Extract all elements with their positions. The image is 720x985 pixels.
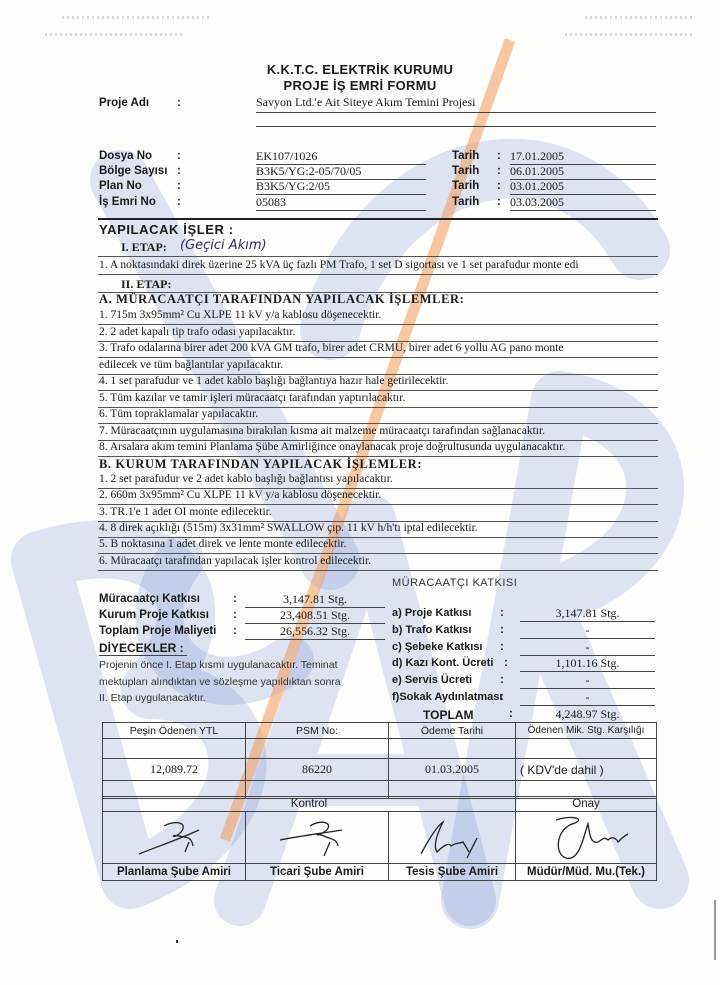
cost-value: 26,556.32 Stg. [245, 624, 385, 640]
ref-date: 06.01.2005 [510, 164, 656, 180]
work-order-form: K.K.T.C. ELEKTRİK KURUMU PROJE İŞ EMRİ F… [0, 0, 720, 985]
colon: : [500, 691, 504, 703]
ref-date: 17.01.2005 [510, 149, 656, 165]
payment-header: Ödeme Tarihi [389, 723, 516, 739]
stage1-handwritten-note: (Geçici Akım) [180, 238, 267, 253]
role-label: Planlama Şube Amiri [103, 864, 246, 881]
ref-label: Plan No [99, 180, 142, 192]
contribution-label: f)Sokak Aydınlatması [392, 691, 502, 703]
task-item: 3. TR.1'e 1 adet OI monte edilecektir. [99, 506, 272, 518]
scan-noise [62, 16, 212, 19]
task-item: 2. 660m 3x95mm² Cu XLPE 11 kV y/a kablos… [99, 489, 381, 501]
payment-date: 01.03.2005 [389, 759, 516, 781]
section-a-title: A. MÜRACAATÇI TARAFINDAN YAPILACAK İŞLEM… [99, 292, 464, 307]
note-line: II. Etap uygulanacaktır. [99, 692, 206, 704]
ref-value: 05083 [256, 195, 426, 211]
task-item: 4. 8 direk açıklığı (515m) 3x31mm² SWALL… [99, 522, 478, 534]
payment-header-row: Peşin Ödenen YTL PSM No: Ödeme Tarihi Öd… [103, 723, 657, 739]
colon: : [500, 624, 504, 636]
ref-value: EK107/1026 [256, 149, 426, 165]
contribution-value: - [520, 623, 655, 639]
task-item: 6. Müracaatçı tarafından yapılacak işler… [99, 555, 371, 567]
cost-value: 3,147.81 Stg. [245, 592, 385, 608]
task-item: 1. 715m 3x95mm² Cu XLPE 11 kV y/a kablos… [99, 309, 381, 321]
contribution-label: b) Trafo Katkısı [392, 624, 471, 636]
scan-noise [45, 33, 185, 36]
role-label: Müdür/Müd. Mu.(Tek.) [516, 864, 657, 881]
stage1-label: I. ETAP: [121, 240, 167, 255]
task-item: 2. 2 adet kapalı tip trafo odası yapılac… [99, 326, 295, 338]
colon: : [233, 609, 237, 621]
approvals-table: Kontrol Onay Planlama Şube Amiri Ticari … [102, 796, 657, 881]
project-name-label: Proje Adı [99, 97, 149, 109]
org-title: K.K.T.C. ELEKTRİK KURUMU [0, 62, 720, 77]
task-item: 3. Trafo odalarına birer adet 200 kVA GM… [99, 342, 564, 354]
signature-planning [103, 812, 246, 864]
works-heading: YAPILACAK İŞLER : [99, 222, 234, 237]
stage2-label: II. ETAP: [121, 277, 171, 292]
psm-no: 86220 [246, 759, 389, 781]
section-b-title: B. KURUM TARAFINDAN YAPILACAK İŞLEMLER: [99, 457, 422, 472]
payment-header: Ödenen Mik. Stg. Karşılığı [516, 723, 657, 739]
ref-value: B3K5/YG:2-05/70/05 [256, 164, 426, 180]
divider [98, 218, 658, 220]
colon: : [497, 150, 501, 162]
contribution-label: a) Proje Katkısı [392, 607, 471, 619]
ref-value: B3K5/YG:2/05 [256, 179, 426, 195]
cost-value: 23,408.51 Stg. [245, 608, 385, 624]
colon: : [504, 657, 508, 669]
colon: : [497, 180, 501, 192]
role-label: Ticari Şube Amiri [246, 864, 389, 881]
scan-noise [565, 33, 695, 36]
contribution-title: MÜRACAATÇI KATKISI [392, 577, 517, 589]
signature-icon [272, 816, 362, 860]
signature-icon [407, 816, 497, 860]
task-item: 4. 1 set parafudur ve 1 adet kablo başlı… [99, 375, 448, 387]
payment-row: 12,089.72 86220 01.03.2005 ( KDV'de dahi… [103, 759, 657, 781]
colon: : [497, 196, 501, 208]
cost-label: Kurum Proje Katkısı [99, 609, 209, 621]
divider [98, 570, 658, 571]
contribution-value: 1,101.16 Stg. [520, 656, 655, 672]
signature-facility [389, 812, 516, 864]
contribution-value: - [520, 673, 655, 689]
colon: : [233, 625, 237, 637]
scan-edge [714, 900, 716, 960]
project-name-value: Savyon Ltd.'e Ait Siteye Akım Temini Pro… [256, 95, 656, 113]
signature-icon [129, 816, 219, 860]
contribution-value: 3,147.81 Stg. [520, 606, 655, 622]
colon: : [500, 607, 504, 619]
colon: : [500, 641, 504, 653]
colon: : [177, 150, 181, 162]
payment-table: Peşin Ödenen YTL PSM No: Ödeme Tarihi Öd… [102, 722, 657, 799]
contribution-value: - [520, 690, 655, 706]
blank-line [256, 126, 656, 127]
roles-row: Planlama Şube Amiri Ticari Şube Amiri Te… [103, 864, 657, 881]
colon: : [177, 165, 181, 177]
colon: : [500, 674, 504, 686]
ref-label: Bölge Sayısı [99, 165, 167, 177]
task-item: 5. Tüm kazılar ve tamir işleri müracaatç… [99, 392, 405, 404]
ref-label: İş Emri No [99, 196, 156, 208]
colon: : [177, 196, 181, 208]
payment-header: Peşin Ödenen YTL [103, 723, 246, 739]
note-line: mektupları alındıktan ve sözleşme yapıld… [99, 676, 341, 688]
colon: : [509, 708, 513, 720]
contribution-label: e) Servis Ücreti [392, 674, 472, 686]
stage1-item: 1. A noktasındaki direk üzerine 25 kVA ü… [99, 259, 579, 271]
scan-noise [585, 16, 695, 19]
notes-heading: DİYECEKLER : [99, 641, 184, 655]
ref-date: 03.03.2005 [510, 195, 656, 211]
date-label: Tarih [452, 196, 479, 208]
control-label: Kontrol [103, 797, 516, 812]
total-label: TOPLAM [423, 708, 473, 722]
task-item: 8. Arsalara akım temini Planlama Şübe Am… [99, 441, 565, 453]
total-value: 4,248.97 Stg. [520, 707, 655, 723]
signature-commercial [246, 812, 389, 864]
ref-date: 03.01.2005 [510, 179, 656, 195]
contribution-label: c) Şebeke Katkısı [392, 641, 483, 653]
paid-amount: 12,089.72 [103, 759, 246, 781]
payment-header: PSM No: [246, 723, 389, 739]
signature-icon [536, 814, 636, 862]
cost-label: Müracaatçı Katkısı [99, 593, 200, 605]
task-item: 6. Tüm topraklamalar yapılacaktır. [99, 408, 258, 420]
signature-director [516, 812, 657, 864]
colon: : [177, 180, 181, 192]
task-item: 7. Müracaatçının uygulamasına bırakılan … [99, 425, 545, 437]
role-label: Tesis Şube Amiri [389, 864, 516, 881]
task-item: edilecek ve tüm bağlantılar yapılacaktır… [99, 359, 283, 371]
colon: : [233, 593, 237, 605]
contribution-label: d) Kazı Kont. Ücreti [392, 657, 493, 669]
ref-label: Dosya No [99, 150, 152, 162]
paid-stg-equivalent: ( KDV'de dahil ) [516, 759, 657, 781]
date-label: Tarih [452, 180, 479, 192]
scan-speck [176, 940, 178, 943]
cost-label: Toplam Proje Maliyeti [99, 625, 216, 637]
task-item: 5. B noktasına 1 adet direk ve lente mon… [99, 538, 347, 550]
colon: : [497, 165, 501, 177]
date-label: Tarih [452, 165, 479, 177]
approve-label: Onay [516, 797, 657, 812]
contribution-value: - [520, 640, 655, 656]
form-title: PROJE İŞ EMRİ FORMU [0, 78, 720, 93]
note-line: Projenin önce I. Etap kısmı uygulanacakt… [99, 659, 338, 671]
colon: : [177, 97, 181, 109]
task-item: 1. 2 set parafudur ve 2 adet kablo başlı… [99, 473, 393, 485]
date-label: Tarih [452, 150, 479, 162]
